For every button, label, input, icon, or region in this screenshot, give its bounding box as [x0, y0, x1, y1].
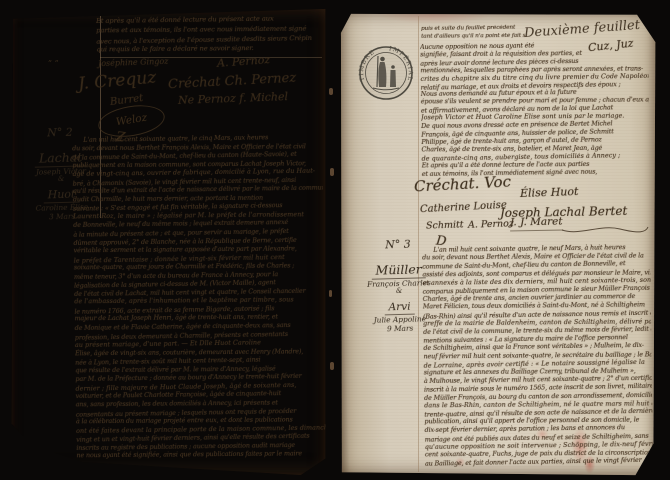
- signature-catherine-louise: Catherine Louise: [420, 200, 507, 216]
- signature-jj-maret: J. J. Maret: [510, 216, 563, 232]
- handwritten-line: ne nous ayant été signifiée, ainsi que d…: [76, 449, 326, 460]
- right-page: puis et suite du feuillet précédenttant …: [340, 12, 656, 476]
- binding-stitch: [329, 88, 333, 95]
- signature-ne-pernoz-michel: Ne Pernoz f. Michel: [178, 90, 288, 107]
- left-page: „ „ Et après qu'il a été donné lecture d…: [10, 8, 326, 476]
- right-act-conclusion-text: Aucune opposition ne nous ayant étésigni…: [420, 41, 650, 179]
- signature-josephine-gingoz: Joséphine Gingoz: [98, 57, 169, 68]
- signature-j-crequz: J. Crequz: [77, 68, 157, 95]
- right-continuation-lines: puis et suite du feuillet précédenttant …: [421, 25, 525, 42]
- right-act-text: L'an mil huit cent soixante quatre, le n…: [422, 243, 653, 468]
- imperial-stamp-icon: TIMBRE IMPÉRIAL: [358, 45, 414, 101]
- signature-tail-flourish: [560, 222, 650, 236]
- handwritten-line: qui requis de le faire a déclaré ne savo…: [96, 44, 322, 56]
- handwritten-line: tant d'ailleurs qu'il n'a point été fait…: [421, 32, 525, 41]
- signature-crechat-pernez: Créchat Ch. Pernez: [168, 71, 297, 93]
- signature-a-pernoz-2: A. Pernoz: [468, 218, 514, 231]
- binding-stitch: [330, 168, 334, 176]
- corner-pen-marks: „ „: [48, 54, 59, 63]
- bride-surname: Arvi: [384, 301, 414, 316]
- signature-schmitt: Schmitt: [426, 219, 464, 231]
- signature-a-pernoz: A. Pernoz: [217, 53, 271, 70]
- signature-elise-huot: Élise Huot: [520, 185, 579, 200]
- signature-crechat-voc: Créchat. Voc: [414, 172, 512, 195]
- binding-stitch: [330, 362, 334, 370]
- scanned-register-spread: { "scan": { "background_color": "#0a0807…: [0, 0, 670, 480]
- binding-stitch: [329, 290, 332, 297]
- left-act-text: L'an mil huit cent soixante quatre, le c…: [72, 133, 326, 461]
- groom-surname: Müiller: [371, 261, 426, 279]
- left-closing-paragraph: Et après qu'il a été donné lecture du pr…: [96, 14, 323, 56]
- signature-weloz-oval: Weloz: [98, 106, 165, 136]
